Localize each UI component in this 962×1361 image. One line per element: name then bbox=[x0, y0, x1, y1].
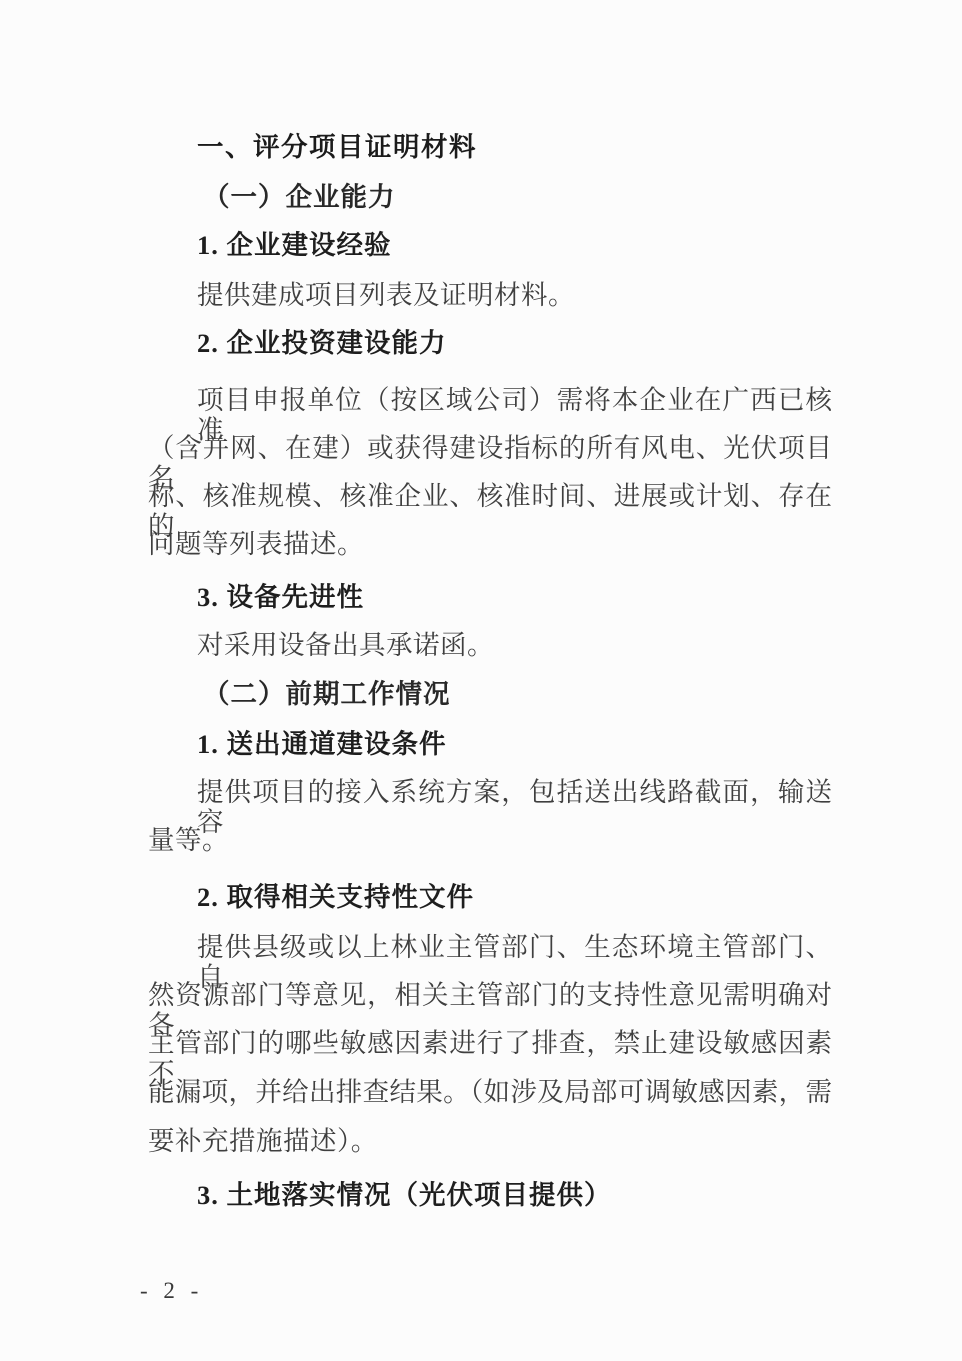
heading-item-equipment-advancement: 3. 设备先进性 bbox=[197, 582, 364, 612]
heading-level2-preliminary-work: （二）前期工作情况 bbox=[203, 679, 451, 709]
page-number: - 2 - bbox=[140, 1278, 203, 1304]
heading-level1-scoring-materials: 一、评分项目证明材料 bbox=[197, 132, 477, 162]
heading-item-transmission-channel: 1. 送出通道建设条件 bbox=[197, 729, 447, 759]
para-supporting-line-5: 要补充措施描述）。 bbox=[148, 1126, 378, 1156]
scanned-document-page: 一、评分项目证明材料 （一）企业能力 1. 企业建设经验 提供建成项目列表及证明… bbox=[0, 0, 962, 1361]
heading-item-land-implementation: 3. 土地落实情况（光伏项目提供） bbox=[197, 1180, 612, 1210]
heading-item-construction-experience: 1. 企业建设经验 bbox=[197, 230, 392, 260]
heading-item-investment-capability: 2. 企业投资建设能力 bbox=[197, 328, 447, 358]
para-construction-experience-line: 提供建成项目列表及证明材料。 bbox=[197, 280, 575, 310]
heading-level2-enterprise-capability: （一）企业能力 bbox=[203, 182, 396, 212]
para-investment-capability-line-4: 问题等列表描述。 bbox=[148, 529, 364, 559]
para-transmission-line-2: 量等。 bbox=[148, 825, 229, 855]
para-transmission-line-1: 提供项目的接入系统方案，包括送出线路截面，输送容 bbox=[197, 777, 832, 838]
para-supporting-line-4: 能漏项，并给出排查结果。（如涉及局部可调敏感因素，需 bbox=[148, 1077, 832, 1107]
para-equipment-line: 对采用设备出具承诺函。 bbox=[197, 630, 494, 660]
heading-item-supporting-documents: 2. 取得相关支持性文件 bbox=[197, 882, 474, 912]
